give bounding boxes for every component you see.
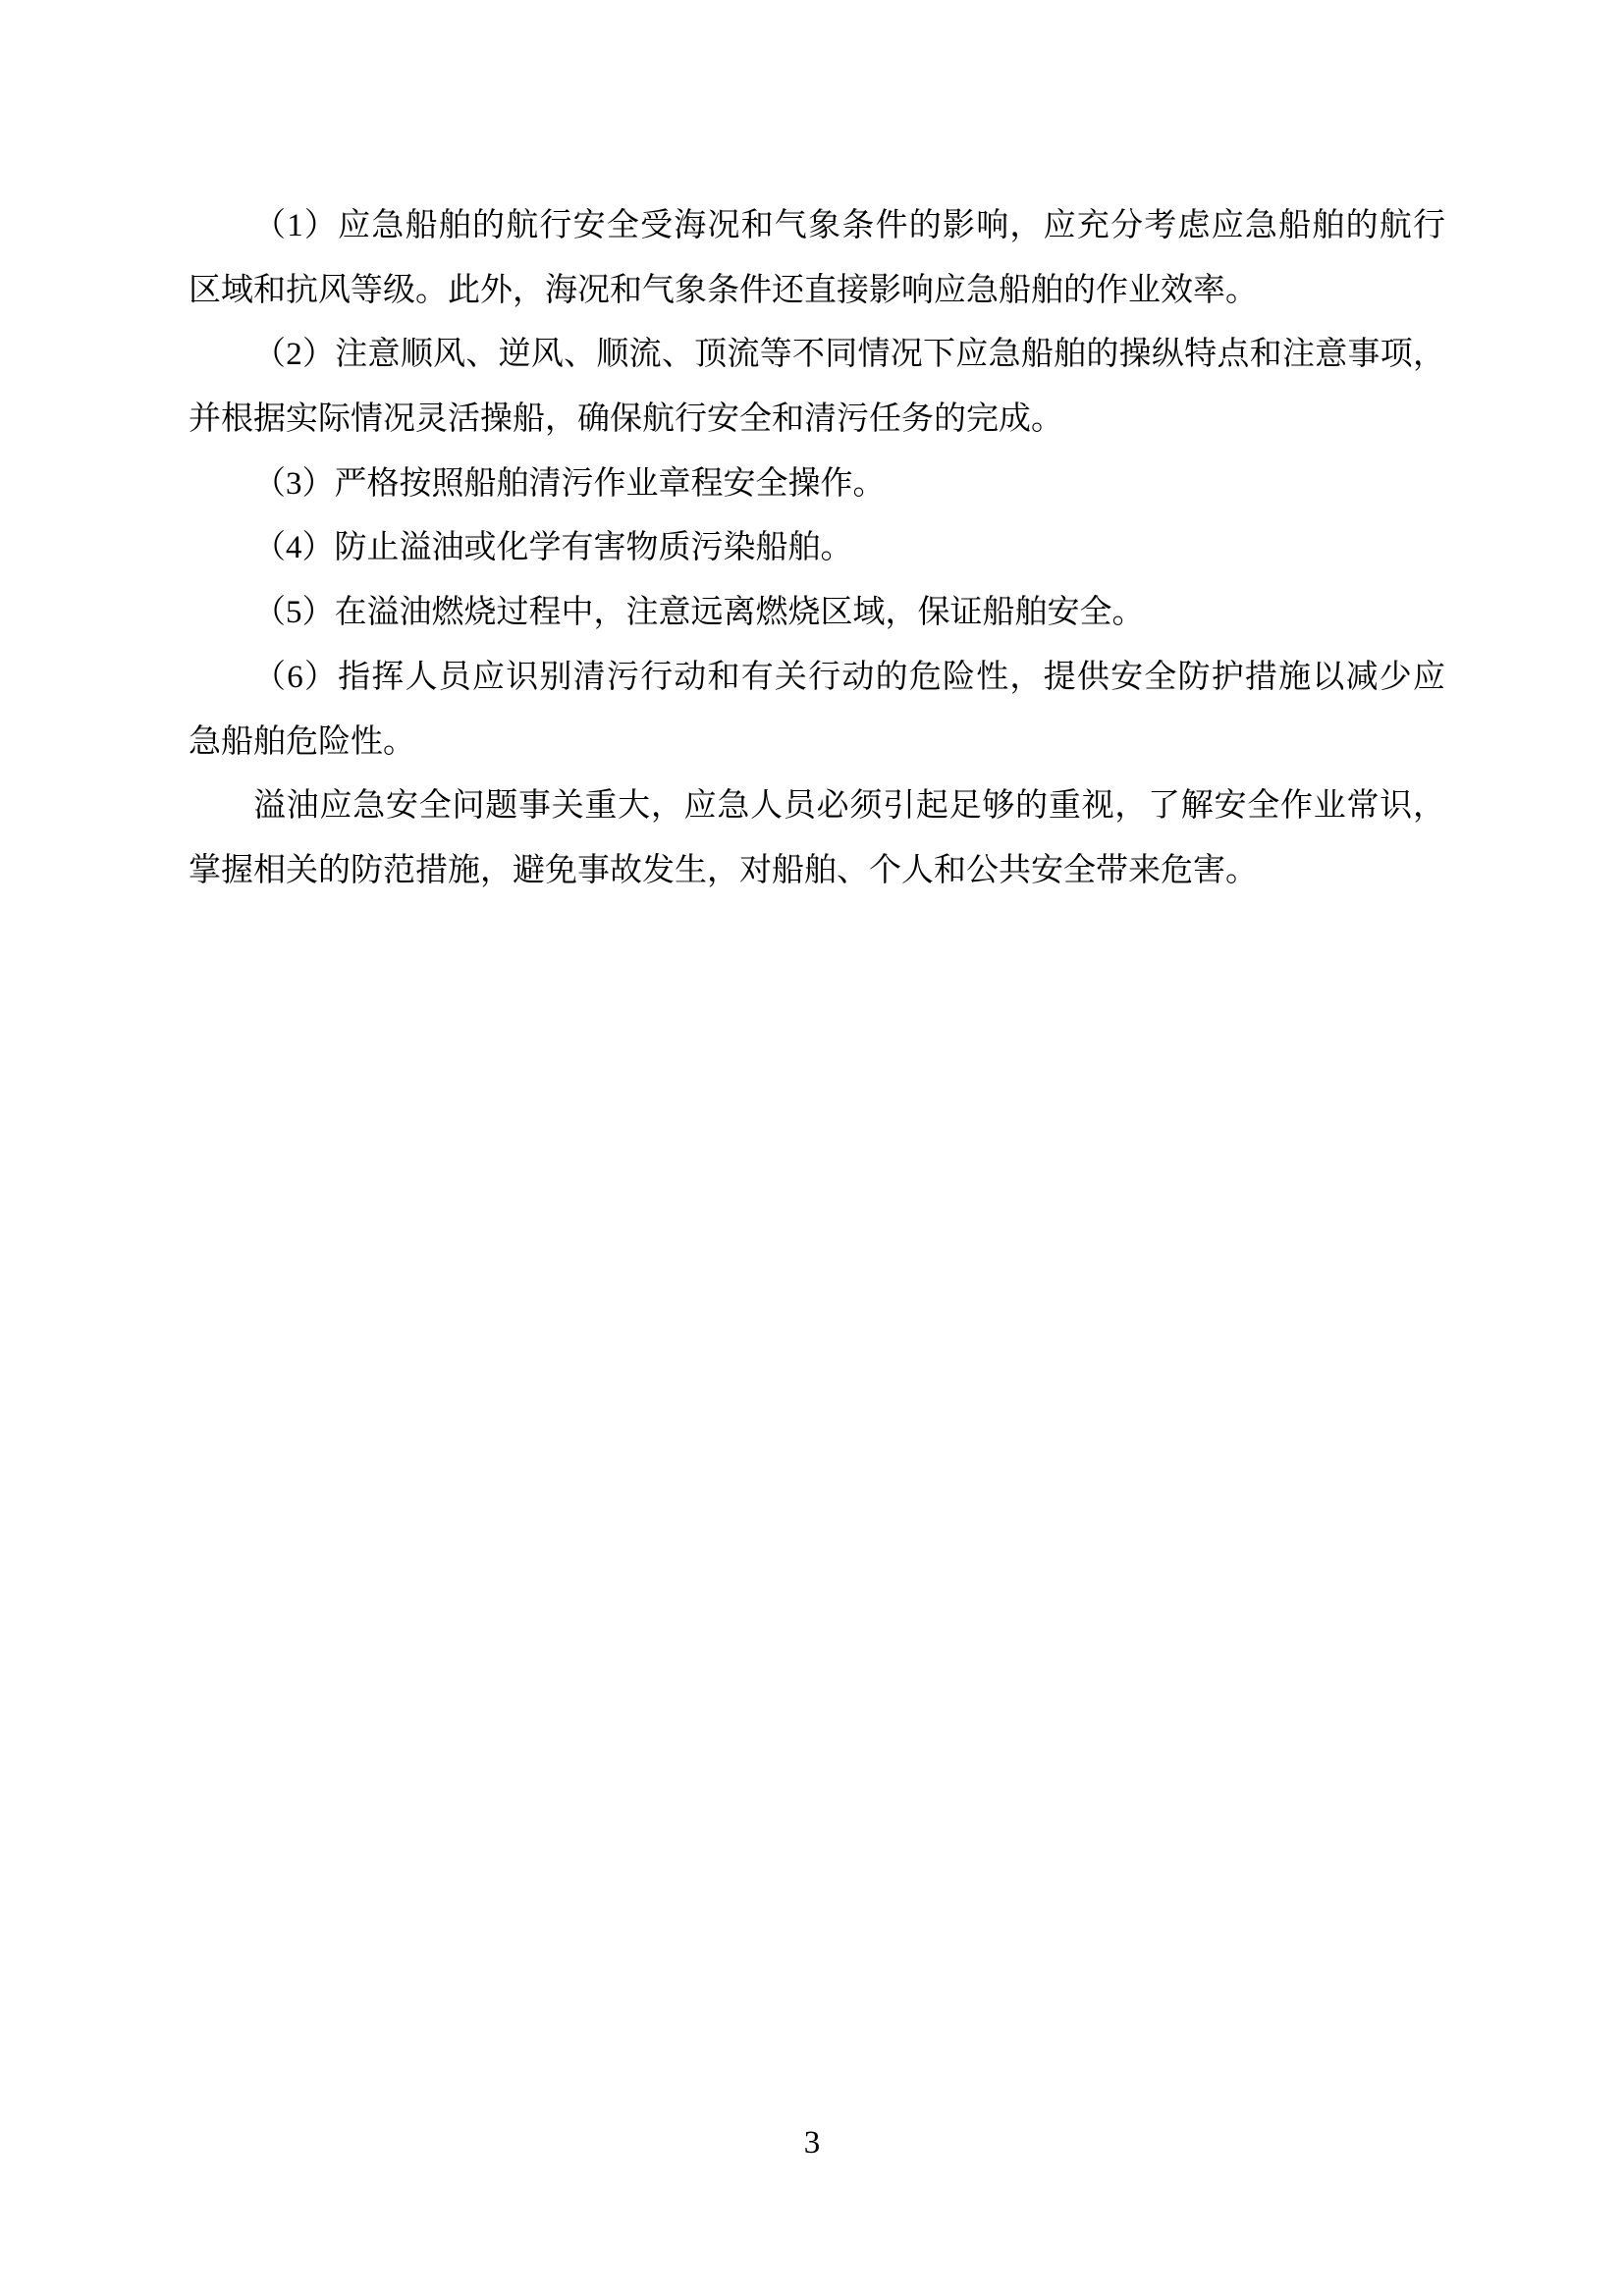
text-line: 溢油应急安全问题事关重大，应急人员必须引起足够的重视，了解安全作业常识，	[189, 774, 1445, 839]
page-number: 3	[0, 2124, 1624, 2162]
document-page: （1）应急船舶的航行安全受海况和气象条件的影响，应充分考虑应急船舶的航行 区域和…	[0, 0, 1624, 2296]
text-line: 并根据实际情况灵活操船，确保航行安全和清污任务的完成。	[189, 388, 1445, 453]
text-line: 急船舶危险性。	[189, 711, 1445, 775]
text-line: （4）防止溢油或化学有害物质污染船舶。	[189, 516, 1445, 581]
text-line: （3）严格按照船舶清污作业章程安全操作。	[189, 453, 1445, 517]
text-line: （5）在溢油燃烧过程中，注意远离燃烧区域，保证船舶安全。	[189, 581, 1445, 646]
text-line: 区域和抗风等级。此外，海况和气象条件还直接影响应急船舶的作业效率。	[189, 259, 1445, 324]
text-line: （2）注意顺风、逆风、顺流、顶流等不同情况下应急船舶的操纵特点和注意事项，	[189, 323, 1445, 388]
text-line: （6）指挥人员应识别清污行动和有关行动的危险性，提供安全防护措施以减少应	[189, 646, 1445, 711]
text-line: （1）应急船舶的航行安全受海况和气象条件的影响，应充分考虑应急船舶的航行	[189, 194, 1445, 259]
text-line: 掌握相关的防范措施，避免事故发生，对船舶、个人和公共安全带来危害。	[189, 839, 1445, 904]
text-block: （1）应急船舶的航行安全受海况和气象条件的影响，应充分考虑应急船舶的航行 区域和…	[189, 194, 1445, 904]
